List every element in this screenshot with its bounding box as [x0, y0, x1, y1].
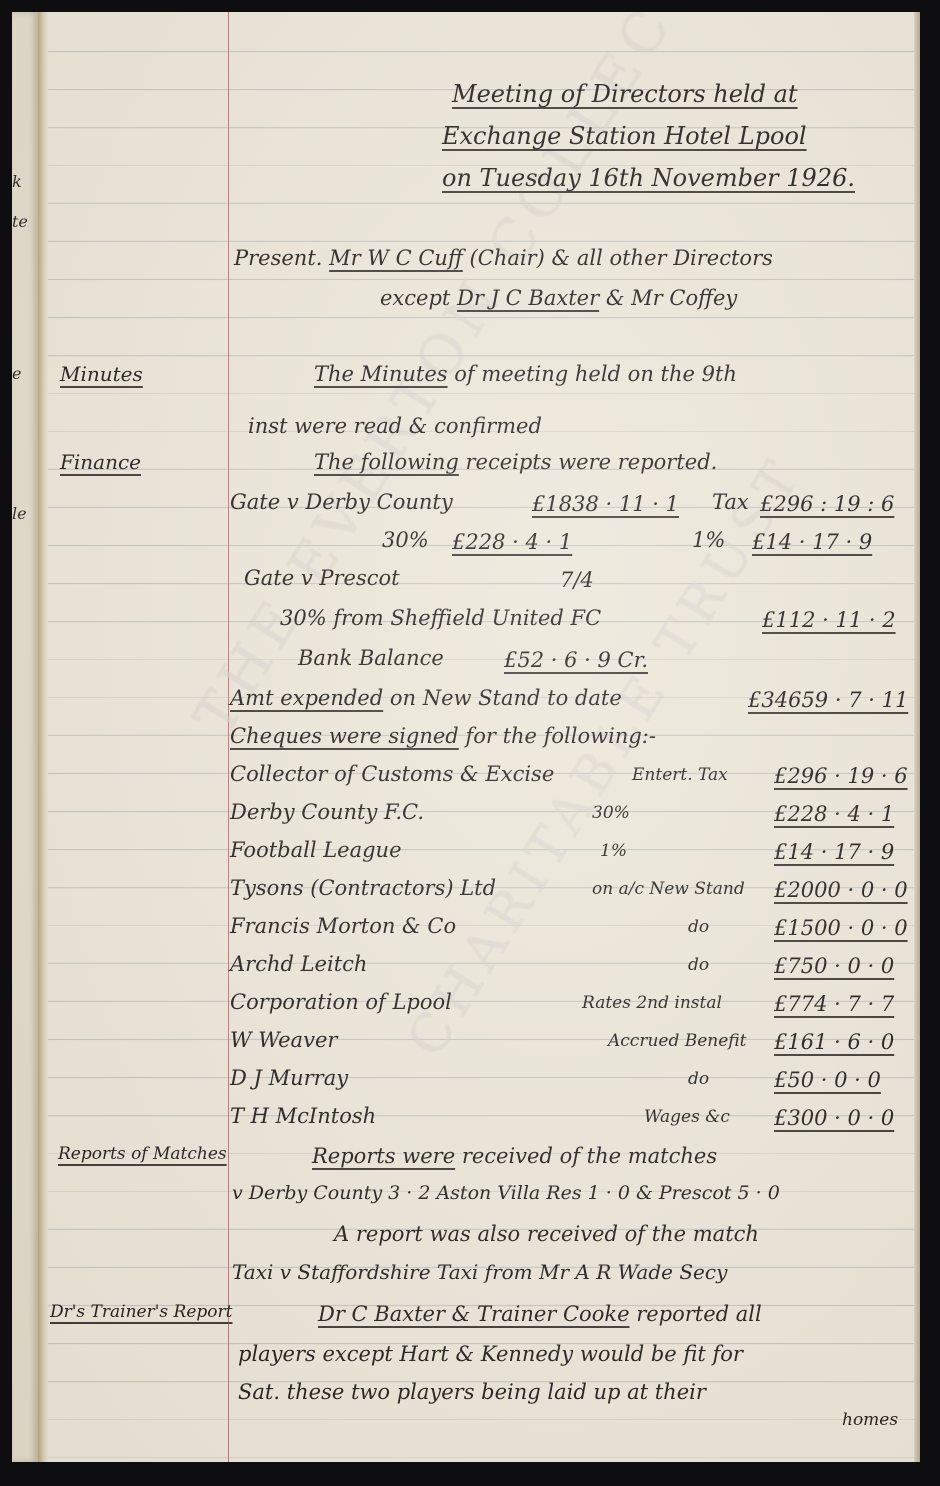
cheque-purpose: 1% [600, 843, 627, 860]
side-label-drs-trainers-report: Dr's Trainer's Report [50, 1304, 232, 1321]
side-label-minutes: Minutes [60, 364, 143, 384]
heading-line-1: Meeting of Directors held at [452, 82, 798, 106]
receipt-amount: £52 · 6 · 9 Cr. [504, 648, 648, 672]
cheque-amount: £2000 · 0 · 0 [774, 878, 908, 902]
reports-line-2: v Derby County 3 · 2 Aston Villa Res 1 ·… [232, 1184, 780, 1203]
cheque-purpose: do [688, 919, 709, 936]
cheque-payee: Francis Morton & Co [230, 916, 456, 937]
receipt-extra-amount: £14 · 17 · 9 [752, 530, 872, 554]
cheques-intro: Cheques were signed for the following:- [230, 726, 656, 747]
cheque-payee: T H McIntosh [230, 1106, 376, 1127]
present-line-1: Present. Mr W C Cuff (Chair) & all other… [234, 248, 773, 269]
facing-page-fragment: le [12, 504, 27, 523]
cheque-payee: D J Murray [230, 1068, 348, 1089]
trainer-line-2: players except Hart & Kennedy would be f… [238, 1344, 743, 1365]
absent-rest: & Mr Coffey [606, 286, 737, 310]
receipt-amount: £1838 · 11 · 1 [532, 492, 679, 516]
margin-rule [228, 12, 229, 1462]
reports-lead: Reports were [312, 1144, 455, 1168]
cheques-lead: Cheques were signed [230, 724, 459, 748]
minutes-rest: of meeting held on the 9th [454, 362, 737, 386]
cheque-amount: £774 · 7 · 7 [774, 992, 894, 1016]
receipt-amount: £228 · 4 · 1 [452, 530, 572, 554]
receipt-text: Bank Balance [298, 648, 444, 669]
facing-page-fragment: e [12, 364, 21, 383]
reports-line-3: A report was also received of the match [334, 1224, 759, 1245]
cheque-amount: £228 · 4 · 1 [774, 802, 894, 826]
minutes-line-2: inst were read & confirmed [248, 416, 542, 437]
cheque-payee: Collector of Customs & Excise [230, 764, 554, 785]
expended-amount: £34659 · 7 · 11 [748, 688, 908, 712]
present-label: Present. [234, 246, 322, 270]
heading-line-2: Exchange Station Hotel Lpool [442, 124, 807, 148]
reports-line-1: Reports were received of the matches [312, 1146, 717, 1167]
minutes-line-1: The Minutes of meeting held on the 9th [314, 364, 737, 385]
cheque-amount: £161 · 6 · 0 [774, 1030, 894, 1054]
cheques-rest: for the following:- [465, 724, 656, 748]
facing-page-edge: k te e le [12, 12, 40, 1462]
receipt-extra-label: 1% [692, 530, 725, 551]
cheque-purpose: Accrued Benefit [608, 1033, 746, 1050]
cheque-amount: £296 · 19 · 6 [774, 764, 908, 788]
binding-gutter [38, 12, 48, 1462]
cheque-payee: Archd Leitch [230, 954, 367, 975]
cheque-payee: Corporation of Lpool [230, 992, 452, 1013]
trainer-line-4: homes [842, 1412, 898, 1429]
reports-line-4: Taxi v Staffordshire Taxi from Mr A R Wa… [232, 1262, 727, 1282]
trainer-line-1: Dr C Baxter & Trainer Cooke reported all [318, 1304, 762, 1325]
cheque-amount: £50 · 0 · 0 [774, 1068, 881, 1092]
receipt-text: 30% [382, 530, 429, 551]
cheque-payee: Tysons (Contractors) Ltd [230, 878, 496, 899]
facing-page-fragment: te [12, 212, 28, 231]
receipt-amount: 7/4 [560, 568, 594, 592]
trainer-line-3: Sat. these two players being laid up at … [238, 1382, 706, 1403]
cheque-purpose: 30% [592, 805, 630, 822]
cheque-payee: Football League [230, 840, 402, 861]
minutes-lead: The Minutes [314, 362, 448, 386]
trainer-lead: Dr C Baxter & Trainer Cooke [318, 1302, 630, 1326]
page-edge [914, 12, 920, 1462]
except-label: except [380, 286, 450, 310]
receipt-row: Gate v Derby County [230, 492, 453, 513]
cheque-purpose: Rates 2nd instal [582, 995, 722, 1012]
finance-intro: The following receipts were reported. [314, 452, 717, 473]
receipt-extra-label: Tax [712, 492, 749, 513]
receipt-text: 30% from Sheffield United FC [280, 608, 601, 629]
receipt-amount: £112 · 11 · 2 [762, 608, 896, 632]
ledger-page: k te e le THE EVERTON COLLECTION CHARITA… [12, 12, 920, 1462]
receipt-text: Gate v Prescot [244, 568, 400, 589]
cheque-purpose: do [688, 957, 709, 974]
cheque-amount: £750 · 0 · 0 [774, 954, 894, 978]
cheque-amount: £1500 · 0 · 0 [774, 916, 908, 940]
cheque-payee: W Weaver [230, 1030, 337, 1051]
cheque-purpose: on a/c New Stand [592, 881, 745, 898]
finance-lead: The following [314, 450, 459, 474]
heading-line-3: on Tuesday 16th November 1926. [442, 166, 855, 190]
trainer-rest: reported all [636, 1302, 762, 1326]
receipt-extra-amount: £296 : 19 : 6 [760, 492, 894, 516]
cheque-purpose: Wages &c [644, 1109, 730, 1126]
cheque-purpose: do [688, 1071, 709, 1088]
expended-rest: on New Stand to date [390, 686, 622, 710]
side-label-reports-of-matches: Reports of Matches [58, 1146, 227, 1163]
cheque-payee: Derby County F.C. [230, 802, 424, 823]
cheque-purpose: Entert. Tax [632, 767, 728, 784]
expended-line: Amt expended on New Stand to date [230, 688, 622, 709]
side-label-finance: Finance [60, 452, 141, 472]
reports-rest: received of the matches [462, 1144, 717, 1168]
chair-name: Mr W C Cuff [329, 246, 463, 270]
cheque-amount: £300 · 0 · 0 [774, 1106, 894, 1130]
absent-name: Dr J C Baxter [457, 286, 599, 310]
expended-lead: Amt expended [230, 686, 383, 710]
cheque-amount: £14 · 17 · 9 [774, 840, 894, 864]
facing-page-fragment: k [12, 172, 22, 191]
finance-rest: receipts were reported. [465, 450, 717, 474]
present-rest: (Chair) & all other Directors [470, 246, 773, 270]
receipt-text: Gate v Derby County [230, 490, 453, 514]
present-line-2: except Dr J C Baxter & Mr Coffey [380, 288, 737, 309]
